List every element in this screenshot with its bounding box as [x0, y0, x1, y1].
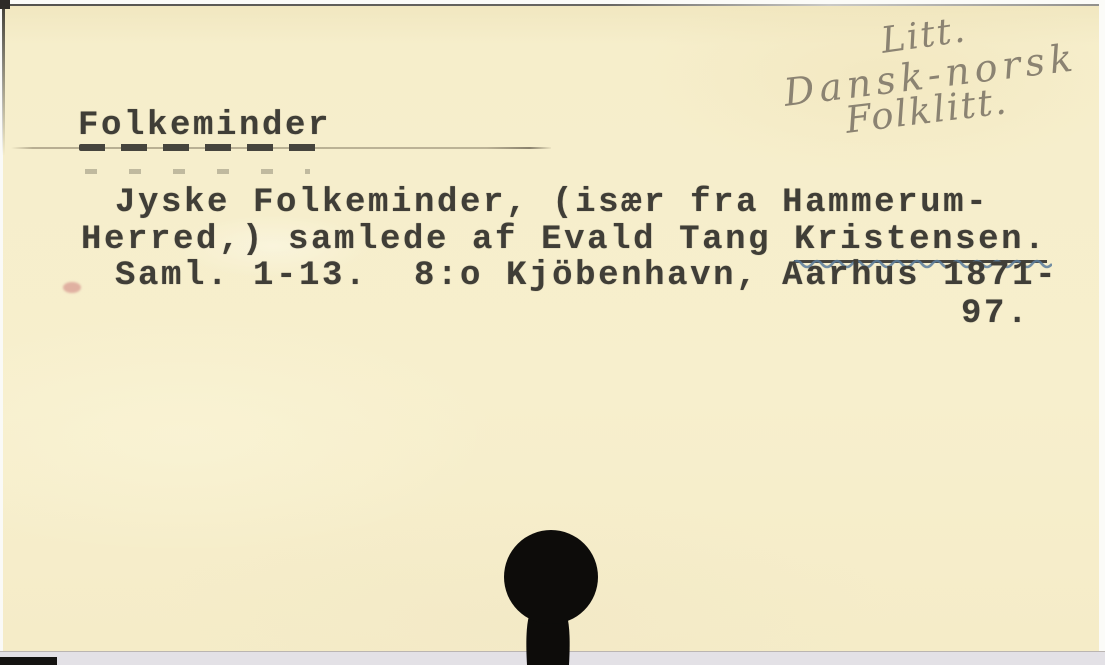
scanned-catalog-card: Folkeminder Litt. Dansk-norsk Folklitt. … — [0, 0, 1105, 665]
author-name-text: Kristensen. — [794, 221, 1047, 259]
entry-line-4: 97. — [961, 297, 1030, 331]
heading-dashed-underline — [79, 144, 331, 151]
card-heading: Folkeminder — [78, 109, 331, 143]
entry-line-1: Jyske Folkeminder, (især fra Hammerum- — [115, 186, 989, 220]
card-left-edge-shadow — [2, 6, 5, 156]
entry-line-3: Saml. 1-13. 8:o Kjöbenhavn, Aarhus 1871- — [115, 259, 1058, 293]
entry-line-2-text: Herred,) samlede af Evald Tang — [81, 221, 794, 259]
pink-smudge-mark — [63, 282, 81, 293]
faint-ghost-marks — [85, 169, 310, 174]
scan-right-edge — [1099, 0, 1105, 665]
punch-hole-icon — [470, 520, 630, 665]
bottom-left-black-mark — [0, 657, 57, 665]
card-top-edge-shadow — [0, 4, 1105, 6]
